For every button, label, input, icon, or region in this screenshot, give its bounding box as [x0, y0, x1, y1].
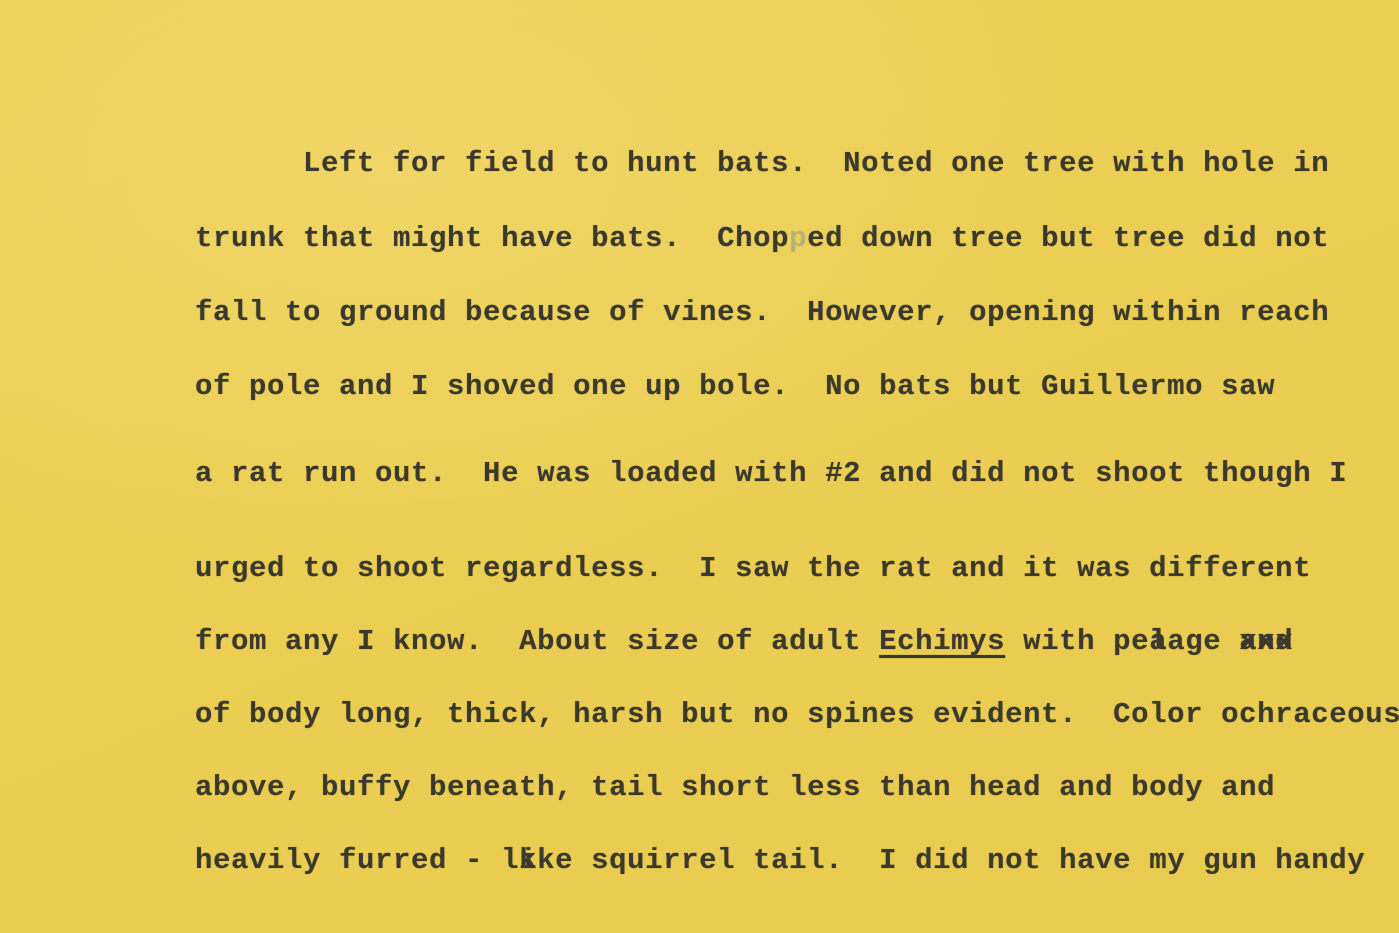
underlined-genus-name: Echimys	[879, 625, 1005, 658]
text-line-5: a rat run out. He was loaded with #2 and…	[123, 414, 1379, 454]
typewritten-page: Left for field to hunt bats. Noted one t…	[0, 0, 1399, 933]
line-7-text-a: from any I know. About size of adult	[195, 625, 879, 658]
line-5-text: a rat run out. He was loaded with #2 and…	[195, 457, 1347, 490]
text-line-6: urged to shoot regardless. I saw the rat…	[123, 509, 1379, 549]
text-line-8: of body long, thick, harsh but no spines…	[123, 655, 1379, 695]
line-7-text-b: with pe	[1005, 625, 1149, 658]
text-line-9: above, buffy beneath, tail short less th…	[123, 728, 1379, 768]
text-line-4: of pole and I shoved one up bole. No bat…	[123, 327, 1379, 367]
line-2-text-b: ed down tree but tree did not	[807, 222, 1329, 255]
text-line-7: from any I know. About size of adult Ech…	[123, 582, 1379, 622]
line-8-text: of body long, thick, harsh but no spines…	[195, 698, 1399, 731]
text-line-3: fall to ground because of vines. However…	[123, 253, 1379, 293]
line-3-text: fall to ground because of vines. However…	[195, 296, 1329, 329]
line-2-text-a: trunk that might have bats. Chop	[195, 222, 789, 255]
faint-typed-letter: p	[789, 222, 807, 255]
line-6-text: urged to shoot regardless. I saw the rat…	[195, 552, 1311, 585]
overstrike-over-letter: k	[519, 841, 537, 881]
line-1-text: Left for field to hunt bats. Noted one t…	[195, 147, 1329, 180]
line-7-text-c: age	[1167, 625, 1239, 658]
text-line-1: Left for field to hunt bats. Noted one t…	[123, 104, 1379, 144]
line-4-text: of pole and I shoved one up bole. No bat…	[195, 370, 1275, 403]
overstrike-correction-like: ik	[519, 841, 537, 881]
text-line-10: heavily furred - likke squirrel tail. I …	[123, 801, 1379, 841]
text-line-2: trunk that might have bats. Chopped down…	[123, 179, 1379, 219]
line-9-text: above, buffy beneath, tail short less th…	[195, 771, 1275, 804]
line-10-text-b: ke squirrel tail. I did not have my gun …	[537, 844, 1365, 877]
line-10-text-a: heavily furred - l	[195, 844, 519, 877]
